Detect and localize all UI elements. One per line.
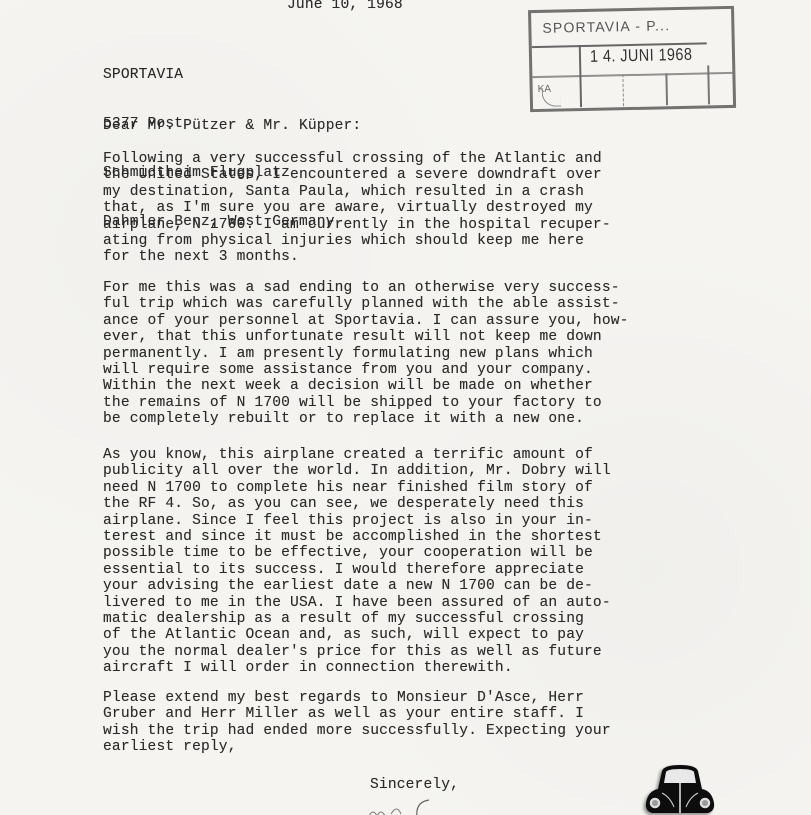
paragraph-line: aircraft I will order in connection ther…	[103, 660, 611, 676]
paragraph-line: earliest reply,	[103, 739, 611, 755]
address-line: SPORTAVIA	[103, 67, 335, 83]
paragraph-line: wish the trip had ended more successfull…	[103, 723, 611, 739]
paragraph-line: that, as I'm sure you are aware, virtual…	[103, 200, 611, 216]
paragraph-line: for the next 3 months.	[103, 249, 611, 265]
paragraph-line: the United States, I encountered a sever…	[103, 167, 611, 183]
paragraph-line: terest and since it must be accomplished…	[103, 529, 611, 545]
paragraph-line: Please extend my best regards to Monsieu…	[103, 690, 611, 706]
paragraph-line: For me this was a sad ending to an other…	[103, 280, 629, 296]
paragraph-line: the remains of N 1700 will be shipped to…	[103, 395, 629, 411]
paragraph-4: Please extend my best regards to Monsieu…	[103, 690, 611, 756]
stamp-received-date: 1 4. JUNI 1968	[590, 45, 693, 67]
paragraph-line: ful trip which was carefully planned wit…	[103, 296, 629, 312]
paragraph-line: Following a very successful crossing of …	[103, 151, 611, 167]
paragraph-1: Following a very successful crossing of …	[103, 151, 611, 266]
paragraph-line: be completely rebuilt or to replace it w…	[103, 411, 629, 427]
stamp-title: SPORTAVIA - P...	[542, 17, 670, 36]
paragraph-line: publicity all over the world. In additio…	[103, 463, 611, 479]
paragraph-line: your advising the earliest date a new N …	[103, 578, 611, 594]
letter-date: June 10, 1968	[287, 0, 403, 13]
paragraph-line: you the normal dealer's price for this a…	[103, 644, 611, 660]
paragraph-line: ever, that this unfortunate result will …	[103, 329, 629, 345]
paragraph-line: airplane, N 1700. I am currently in the …	[103, 217, 611, 233]
paragraph-line: ance of your personnel at Sportavia. I c…	[103, 313, 629, 329]
paragraph-line: will require some assistance from you an…	[103, 362, 629, 378]
received-stamp: SPORTAVIA - P... 1 4. JUNI 1968 KA	[526, 0, 738, 112]
salutation: Dear Mr. Pützer & Mr. Küpper:	[103, 118, 361, 134]
paragraph-line: livered to me in the USA. I have been as…	[103, 595, 611, 611]
letter-page: June 10, 1968 SPORTAVIA 5377 Post Schmid…	[0, 0, 811, 815]
paragraph-line: permanently. I am presently formulating …	[103, 346, 629, 362]
paragraph-line: the RF 4. So, as you can see, we despera…	[103, 496, 611, 512]
paragraph-line: ating from physical injuries which shoul…	[103, 233, 611, 249]
paragraph-line: Within the next week a decision will be …	[103, 378, 629, 394]
paragraph-line: possible time to be effective, your coop…	[103, 545, 611, 561]
paragraph-3: As you know, this airplane created a ter…	[103, 447, 611, 677]
paragraph-line: As you know, this airplane created a ter…	[103, 447, 611, 463]
paragraph-line: matic dealership as a result of my succe…	[103, 611, 611, 627]
paragraph-line: of the Atlantic Ocean and, as such, will…	[103, 627, 611, 643]
paragraph-line: need N 1700 to complete his near finishe…	[103, 480, 611, 496]
paragraph-line: essential to its success. I would theref…	[103, 562, 611, 578]
paragraph-line: Gruber and Herr Miller as well as your e…	[103, 706, 611, 722]
paragraph-line: my destination, Santa Paula, which resul…	[103, 184, 611, 200]
closing: Sincerely,	[370, 777, 459, 793]
vw-beetle-car-icon	[640, 763, 720, 815]
paragraph-line: airplane. Since I feel this project is a…	[103, 513, 611, 529]
paragraph-2: For me this was a sad ending to an other…	[103, 280, 629, 428]
handwritten-signature	[365, 796, 475, 815]
